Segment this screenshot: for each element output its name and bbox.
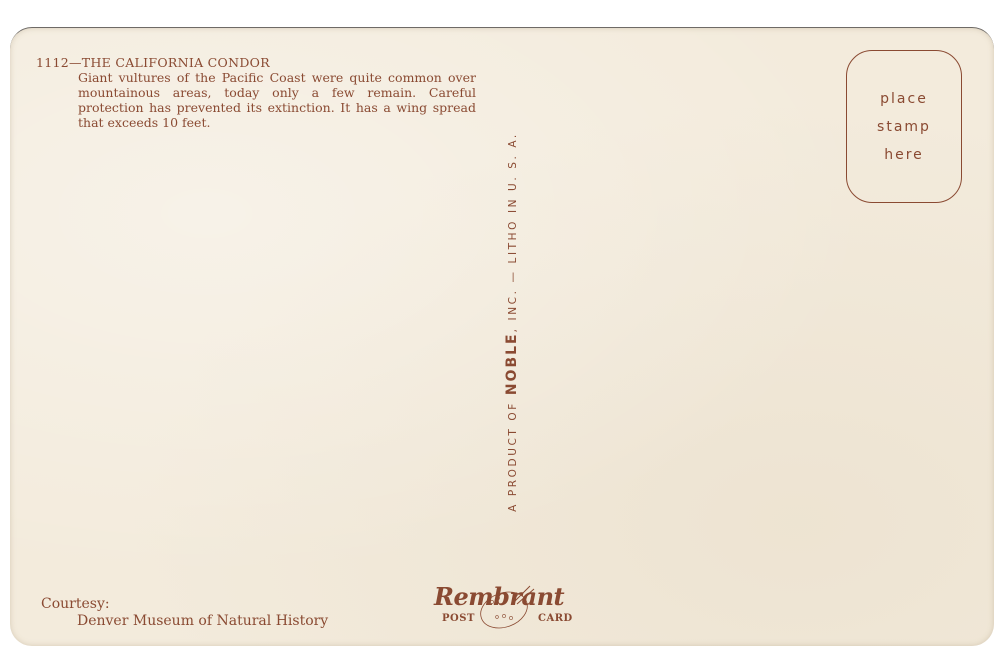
caption-block: 1112—THE CALIFORNIA CONDOR Giant vulture…: [36, 55, 476, 130]
logo-post-word: POST: [442, 613, 475, 624]
courtesy-label: Courtesy:: [41, 596, 328, 613]
logo-card-word: CARD: [538, 613, 573, 624]
postcard-back: 1112—THE CALIFORNIA CONDOR Giant vulture…: [10, 27, 994, 646]
stamp-box: place stamp here: [846, 50, 962, 203]
publisher-line: A PRODUCT OF NOBLE, INC. — LITHO IN U. S…: [504, 132, 520, 512]
caption-body: Giant vultures of the Pacific Coast were…: [36, 70, 476, 130]
caption-title: 1112—THE CALIFORNIA CONDOR: [36, 55, 476, 70]
stamp-line-3: here: [884, 141, 924, 169]
logo-script: Rembrant: [434, 582, 564, 611]
rembrant-logo: Rembrant POST CARD: [430, 580, 576, 634]
publisher-prefix: A PRODUCT OF: [507, 395, 519, 512]
courtesy-organization: Denver Museum of Natural History: [41, 613, 328, 630]
stamp-line-2: stamp: [877, 113, 931, 141]
publisher-brand: NOBLE: [504, 332, 520, 395]
publisher-suffix: , INC. — LITHO IN U. S. A.: [507, 132, 519, 332]
courtesy-block: Courtesy: Denver Museum of Natural Histo…: [41, 596, 328, 630]
stamp-line-1: place: [880, 85, 928, 113]
